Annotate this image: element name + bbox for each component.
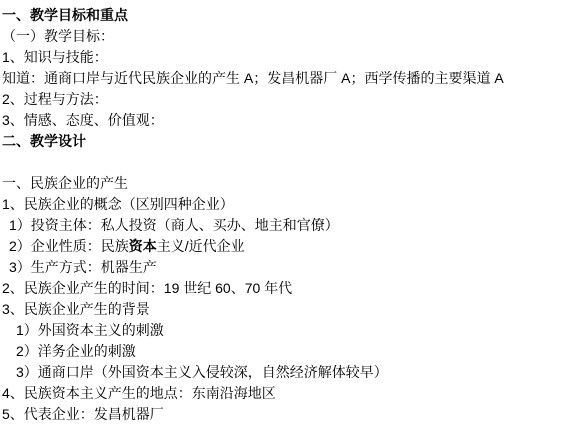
- document-page: 一、教学目标和重点（一）教学目标：1、知识与技能：知道：通商口岸与近代民族企业的…: [0, 0, 566, 426]
- text-segment: 二、教学设计: [2, 133, 86, 149]
- text-segment: 知道：通商口岸与近代民族企业的产生 A；发昌机器厂 A；西学传播的主要渠道 A: [2, 70, 504, 86]
- text-segment: 2）企业性质：民族: [9, 238, 129, 254]
- text-line: 一、教学目标和重点: [2, 5, 564, 26]
- text-segment: 5、代表企业：发昌机器厂: [2, 406, 164, 422]
- text-segment: 3、民族企业产生的背景: [2, 301, 150, 317]
- text-line: 1、民族企业的概念（区别四种企业）: [2, 194, 564, 215]
- text-segment: 1）投资主体：私人投资（商人、买办、地主和官僚）: [9, 217, 339, 233]
- text-segment: 2、过程与方法：: [2, 91, 108, 107]
- text-segment: 2）洋务企业的刺激: [16, 343, 136, 359]
- text-segment: 1）外国资本主义的刺激: [16, 322, 164, 338]
- text-segment: 3）生产方式：机器生产: [9, 259, 157, 275]
- text-segment: 3）通商口岸（外国资本主义入侵较深，自然经济解体较早）: [16, 364, 388, 380]
- text-line: 2、民族企业产生的时间：19 世纪 60、70 年代: [2, 278, 564, 299]
- text-line: 3、情感、态度、价值观：: [2, 110, 564, 131]
- text-segment: （一）教学目标：: [2, 28, 114, 44]
- text-line: 5、代表企业：发昌机器厂: [2, 404, 564, 425]
- text-segment: 1、民族企业的概念（区别四种企业）: [2, 196, 234, 212]
- text-segment: 2、民族企业产生的时间：19 世纪 60、70 年代: [2, 280, 292, 296]
- text-line: [2, 152, 564, 173]
- text-line: 1）外国资本主义的刺激: [2, 320, 564, 341]
- text-segment: 主义/近代企业: [157, 238, 245, 254]
- text-line: 2）企业性质：民族资本主义/近代企业: [2, 236, 564, 257]
- text-line: 2）洋务企业的刺激: [2, 341, 564, 362]
- text-line: 1）投资主体：私人投资（商人、买办、地主和官僚）: [2, 215, 564, 236]
- text-line: （一）教学目标：: [2, 26, 564, 47]
- text-line: 二、教学设计: [2, 131, 564, 152]
- text-line: 一、民族企业的产生: [2, 173, 564, 194]
- text-line: 3）通商口岸（外国资本主义入侵较深，自然经济解体较早）: [2, 362, 564, 383]
- text-segment: 1、知识与技能：: [2, 49, 108, 65]
- text-segment: 一、教学目标和重点: [2, 7, 128, 23]
- text-segment: 4、民族资本主义产生的地点：东南沿海地区: [2, 385, 276, 401]
- text-line: 知道：通商口岸与近代民族企业的产生 A；发昌机器厂 A；西学传播的主要渠道 A: [2, 68, 564, 89]
- text-segment: 资本: [129, 238, 157, 254]
- text-segment: 一、民族企业的产生: [2, 175, 128, 191]
- text-line: 3、民族企业产生的背景: [2, 299, 564, 320]
- text-line: 4、民族资本主义产生的地点：东南沿海地区: [2, 383, 564, 404]
- text-segment: 3、情感、态度、价值观：: [2, 112, 164, 128]
- text-line: 3）生产方式：机器生产: [2, 257, 564, 278]
- text-line: 1、知识与技能：: [2, 47, 564, 68]
- document-body: 一、教学目标和重点（一）教学目标：1、知识与技能：知道：通商口岸与近代民族企业的…: [2, 5, 564, 425]
- text-line: 2、过程与方法：: [2, 89, 564, 110]
